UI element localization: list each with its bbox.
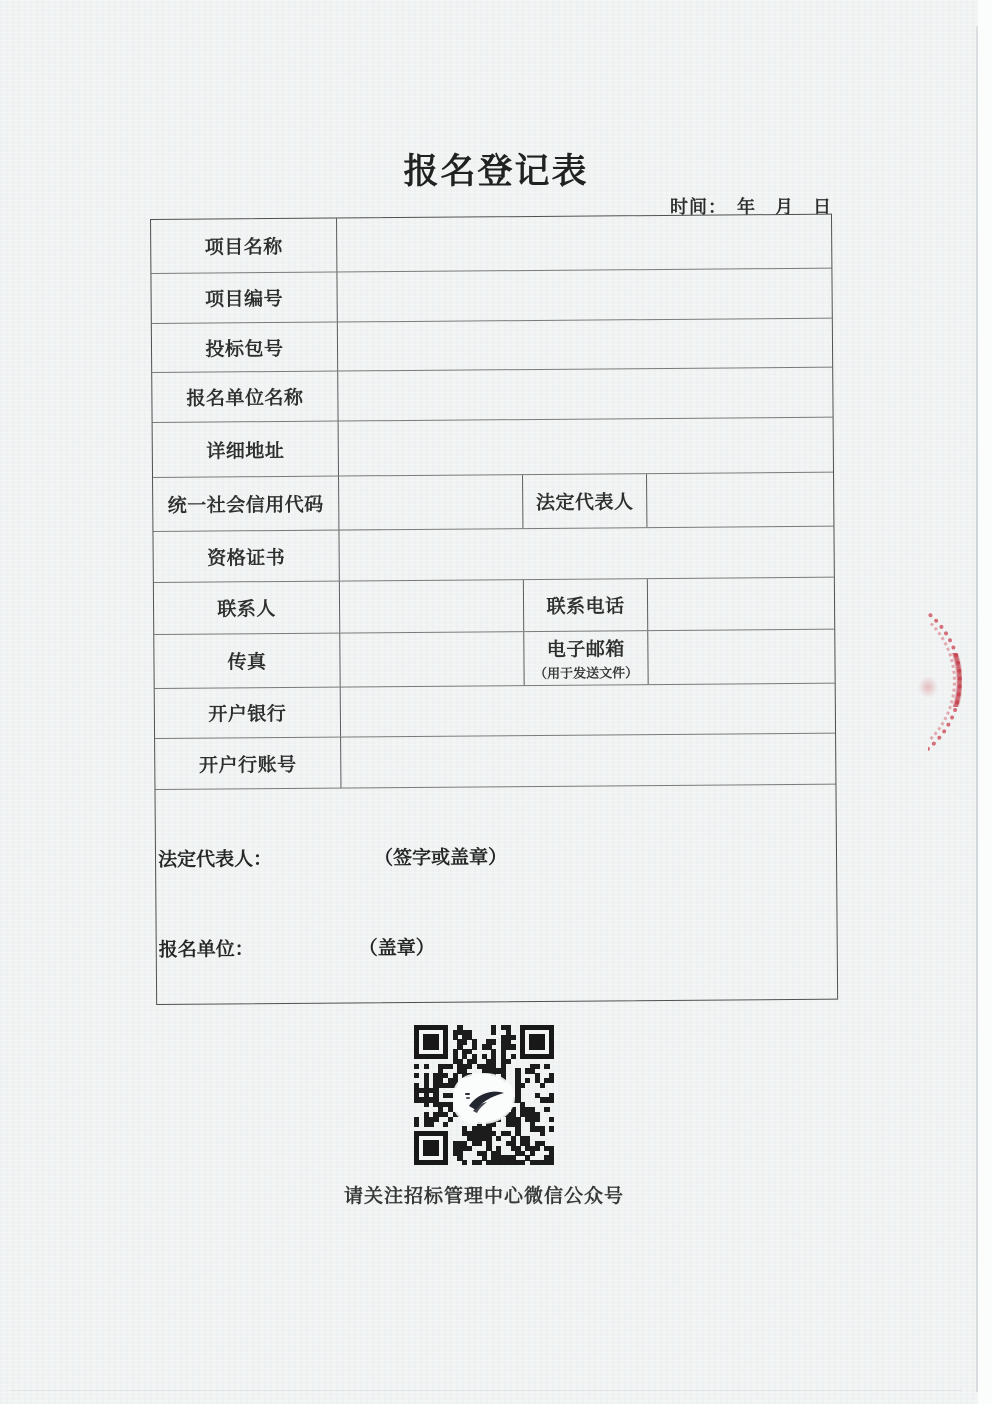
page-edge <box>978 0 992 1404</box>
field-label-cell: 开户银行 <box>155 688 340 738</box>
field-label: 投标包号 <box>205 333 283 361</box>
field-label: 联系人 <box>217 594 276 621</box>
field-label: 电子邮箱 <box>547 634 625 662</box>
table-row: 项目编号 <box>151 268 831 323</box>
stamp-smudge <box>918 676 938 698</box>
field-value-cell <box>336 269 831 322</box>
field-value-cell <box>646 473 833 527</box>
field-value-cell <box>340 734 835 788</box>
field-label-note: （用于发送文件） <box>534 662 638 682</box>
field-label-cell: 联系电话 <box>523 579 647 631</box>
field-value-cell <box>338 418 833 476</box>
field-value-cell <box>338 475 522 529</box>
field-value-cell <box>647 578 834 630</box>
legal-rep-label: 法定代表人： <box>158 849 272 871</box>
qr-finder-icon <box>414 1025 448 1059</box>
bird-swoosh-logo-icon <box>457 1078 511 1120</box>
qr-finder-icon <box>520 1025 554 1059</box>
field-label-cell: 电子邮箱 （用于发送文件） <box>523 631 647 685</box>
field-value-cell <box>340 684 835 737</box>
field-label-cell: 联系人 <box>154 582 339 634</box>
table-row: 详细地址 <box>153 417 833 477</box>
signature-cell: 法定代表人： （签字或盖章） 报名单位： （盖章） <box>155 785 837 1004</box>
field-label: 法定代表人 <box>536 487 634 515</box>
legal-rep-signature-line: 法定代表人： （签字或盖章） <box>158 844 272 872</box>
field-value-cell <box>337 368 832 421</box>
field-value-cell <box>338 527 833 581</box>
qr-caption: 请关注招标管理中心微信公众号 <box>184 1181 784 1208</box>
field-value-cell <box>336 215 831 272</box>
field-label: 报名单位名称 <box>186 383 303 411</box>
field-label-cell: 项目编号 <box>151 273 336 323</box>
field-label: 统一社会信用代码 <box>168 490 324 518</box>
signature-section: 法定代表人： （签字或盖章） 报名单位： （盖章） <box>155 784 837 1004</box>
table-row: 报名单位名称 <box>152 367 832 422</box>
field-value-cell <box>647 630 834 684</box>
table-row: 资格证书 <box>153 526 833 582</box>
page-title: 报名登记表 <box>0 144 992 194</box>
table-row: 投标包号 <box>152 318 832 372</box>
field-label-cell: 报名单位名称 <box>152 372 337 422</box>
table-row: 传真 电子邮箱 （用于发送文件） <box>154 629 834 688</box>
field-label: 开户银行 <box>208 699 286 727</box>
field-label: 资格证书 <box>207 542 285 570</box>
field-label-cell: 开户行账号 <box>155 738 340 789</box>
field-label-cell: 资格证书 <box>153 531 338 582</box>
table-row: 开户银行 <box>155 683 835 738</box>
page-edge-line <box>976 26 978 1392</box>
unit-label: 报名单位： <box>159 939 254 961</box>
field-label: 开户行账号 <box>199 749 297 777</box>
field-label: 项目编号 <box>205 284 283 312</box>
table-row: 联系人 联系电话 <box>154 577 834 634</box>
field-label: 联系电话 <box>546 591 624 619</box>
page-edge-line <box>10 1390 962 1391</box>
unit-note: （盖章） <box>359 933 435 961</box>
wechat-qr-code <box>414 1025 554 1165</box>
unit-signature-line: 报名单位： （盖章） <box>159 934 254 962</box>
scanned-page: 报名登记表 时间： 年 月 日 项目名称 项目编号 投标包号 报名单位名称 详细… <box>0 0 992 1404</box>
field-label-cell: 统一社会信用代码 <box>153 477 338 531</box>
field-label-cell: 传真 <box>154 634 339 688</box>
field-label-cell: 项目名称 <box>151 219 336 273</box>
field-value-cell <box>339 580 523 632</box>
field-value-cell <box>337 319 832 371</box>
field-label: 项目名称 <box>205 232 283 260</box>
field-label: 传真 <box>227 647 266 674</box>
qr-finder-icon <box>414 1131 448 1165</box>
field-value-cell <box>339 632 523 686</box>
qr-center-logo-icon <box>455 1075 513 1122</box>
field-label-cell: 法定代表人 <box>522 474 646 528</box>
field-label-cell: 详细地址 <box>153 422 338 477</box>
legal-rep-note: （签字或盖章） <box>374 842 507 870</box>
table-row: 统一社会信用代码 法定代表人 <box>153 472 833 531</box>
field-label: 详细地址 <box>206 435 284 463</box>
table-row: 开户行账号 <box>155 733 835 789</box>
table-row: 项目名称 <box>151 215 831 273</box>
field-label-cell: 投标包号 <box>152 323 337 372</box>
registration-table: 项目名称 项目编号 投标包号 报名单位名称 详细地址 统一社会信用代码 法定代表… <box>150 214 838 1005</box>
